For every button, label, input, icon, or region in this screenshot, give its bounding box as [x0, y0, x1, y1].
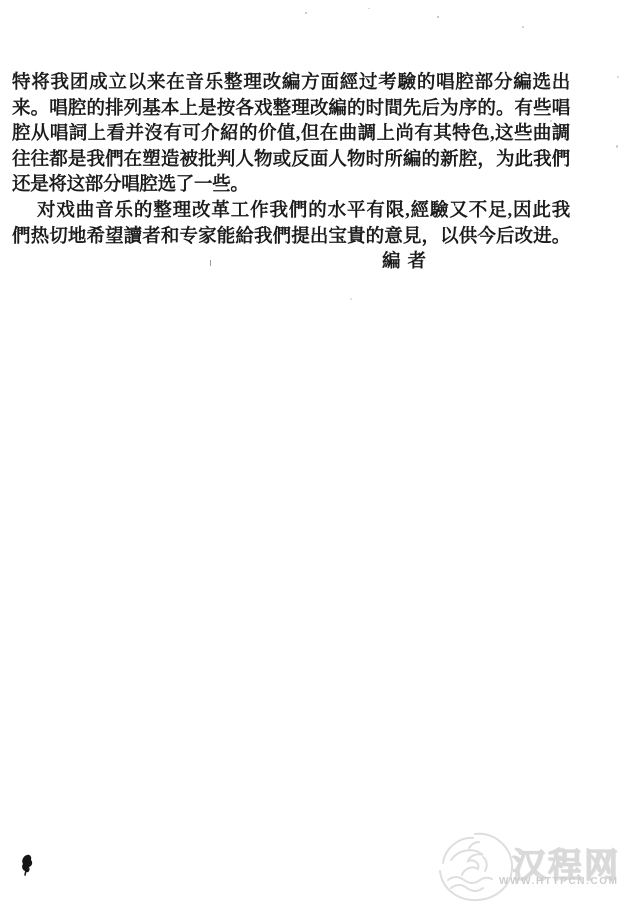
- text-line-5: 还是将这部分唱腔选了一些。: [12, 173, 570, 199]
- scan-speck: [522, 26, 524, 28]
- text-line-6: 对戏曲音乐的整理改革工作我們的水平有限,經驗又不足,因此我: [12, 199, 570, 225]
- text-line-4: 往往都是我們在塑造被批判人物或反面人物时所編的新腔，为此我們: [12, 148, 570, 174]
- ink-smudge-mark: [20, 854, 34, 883]
- text-line-7: 們热切地希望讀者和专家能給我們提出宝貴的意見，以供今后改进。: [12, 225, 570, 251]
- scan-speck: [437, 16, 439, 18]
- text-line-3: 腔从唱詞上看并沒有可介紹的价值,但在曲調上尚有其特色,这些曲調: [12, 122, 570, 148]
- scan-speck: [455, 205, 457, 207]
- scan-speck: [616, 145, 618, 148]
- editor-signature: 編者: [12, 250, 570, 276]
- scan-speck: [368, 8, 370, 9]
- scan-speck: [350, 298, 352, 300]
- scan-speck: [550, 120, 552, 122]
- scan-speck: [617, 76, 619, 78]
- scan-speck: [305, 12, 307, 14]
- page-text-block: 特将我团成立以来在音乐整理改編方面經过考驗的唱腔部分編选出 来。唱腔的排列基本上…: [12, 71, 570, 276]
- text-line-1: 特将我团成立以来在音乐整理改編方面經过考驗的唱腔部分編选出: [12, 71, 570, 97]
- scan-speck: [210, 260, 211, 266]
- text-line-2: 来。唱腔的排列基本上是按各戏整理改編的时間先后为序的。有些唱: [12, 97, 570, 123]
- dragon-circle-logo-icon: [433, 830, 517, 909]
- watermark-url: WWW.HTTPCN.COM: [499, 876, 619, 887]
